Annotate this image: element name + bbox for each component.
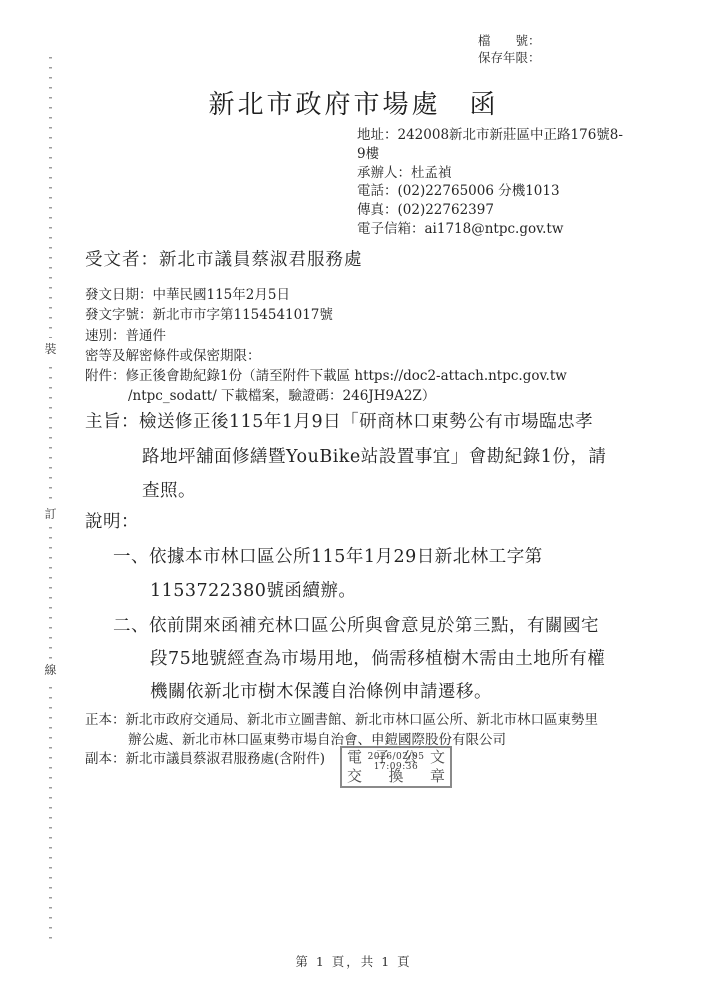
sender-phone: 電話：(02)22765006 分機1013 <box>357 182 623 201</box>
doc-number-line: 發文字號：新北市市字第1154541017號 <box>85 305 567 325</box>
subject-line-2: 路地坪舖面修繕暨YouBike站設置事宜」會勘紀錄1份，請 <box>142 443 606 468</box>
retention-period-label: 保存年限： <box>478 50 541 67</box>
document-title: 新北市政府市場處 函 <box>0 84 707 121</box>
sender-fax: 傳真：(02)22762397 <box>357 201 623 220</box>
attachment-line-2: /ntpc_sodatt/ 下載檔案，驗證碼：246JH9A2Z） <box>85 386 567 406</box>
speed-class-line: 速別：普通件 <box>85 326 567 346</box>
sender-info-block: 地址：242008新北市新莊區中正路176號8- 9樓 承辦人：杜孟禎 電話：(… <box>357 126 623 239</box>
explanation-item2-line3: 機關依新北市樹木保護自治條例申請遷移。 <box>150 678 492 703</box>
explanation-item1-line2: 1153722380號函續辦。 <box>150 577 356 602</box>
electronic-exchange-stamp: 電 子 公 文 交 換 章 2026/02/05 17:09:36 <box>340 746 452 788</box>
recipient-line: 受文者：新北市議員蔡淑君服務處 <box>85 246 363 271</box>
stamp-datetime: 2026/02/05 17:09:36 <box>342 752 450 772</box>
subject-line-1: 主旨：檢送修正後115年1月9日「研商林口東勢公有市場臨忠孝 <box>85 408 593 433</box>
binding-mark-ding: 訂 <box>42 503 59 525</box>
subject-line-3: 查照。 <box>142 477 196 502</box>
explanation-item2-line2: 段75地號經查為市場用地，倘需移植樹木需由土地所有權 <box>150 645 605 670</box>
sender-contact-person: 承辦人：杜孟禎 <box>357 164 623 183</box>
stamp-time: 17:09:36 <box>342 762 450 772</box>
attachment-line-1: 附件：修正後會勘紀錄1份（請至附件下載區 https://doc2-attach… <box>85 366 567 386</box>
stamp-date: 2026/02/05 <box>342 752 450 762</box>
page-number-footer: 第 1 頁，共 1 頁 <box>0 952 707 970</box>
explanation-item1-line1: 一、依據本市林口區公所115年1月29日新北林工字第 <box>113 543 543 568</box>
security-class-line: 密等及解密條件或保密期限： <box>85 346 567 366</box>
file-number-label: 檔 號： <box>478 33 541 50</box>
binding-mark-xian: 線 <box>42 659 59 681</box>
document-meta-block: 發文日期：中華民國115年2月5日 發文字號：新北市市字第1154541017號… <box>85 285 567 407</box>
issue-date-line: 發文日期：中華民國115年2月5日 <box>85 285 567 305</box>
explanation-item2-line1: 二、依前開來函補充林口區公所與會意見於第三點，有關國宅 <box>113 612 599 637</box>
binding-dotted-line <box>49 57 52 942</box>
sender-address-line2: 9樓 <box>357 145 623 164</box>
binding-mark-zhuang: 裝 <box>42 338 59 360</box>
explanation-heading: 說明： <box>85 508 139 533</box>
original-recipients-line1: 正本：新北市政府交通局、新北市立圖書館、新北市林口區公所、新北市林口區東勢里 <box>85 711 598 731</box>
file-number-block: 檔 號： 保存年限： <box>478 33 541 66</box>
sender-address-line1: 地址：242008新北市新莊區中正路176號8- <box>357 126 623 145</box>
sender-email: 電子信箱：ai1718@ntpc.gov.tw <box>357 220 623 239</box>
document-page: 裝 訂 線 檔 號： 保存年限： 新北市政府市場處 函 地址：242008新北市… <box>0 0 707 1000</box>
